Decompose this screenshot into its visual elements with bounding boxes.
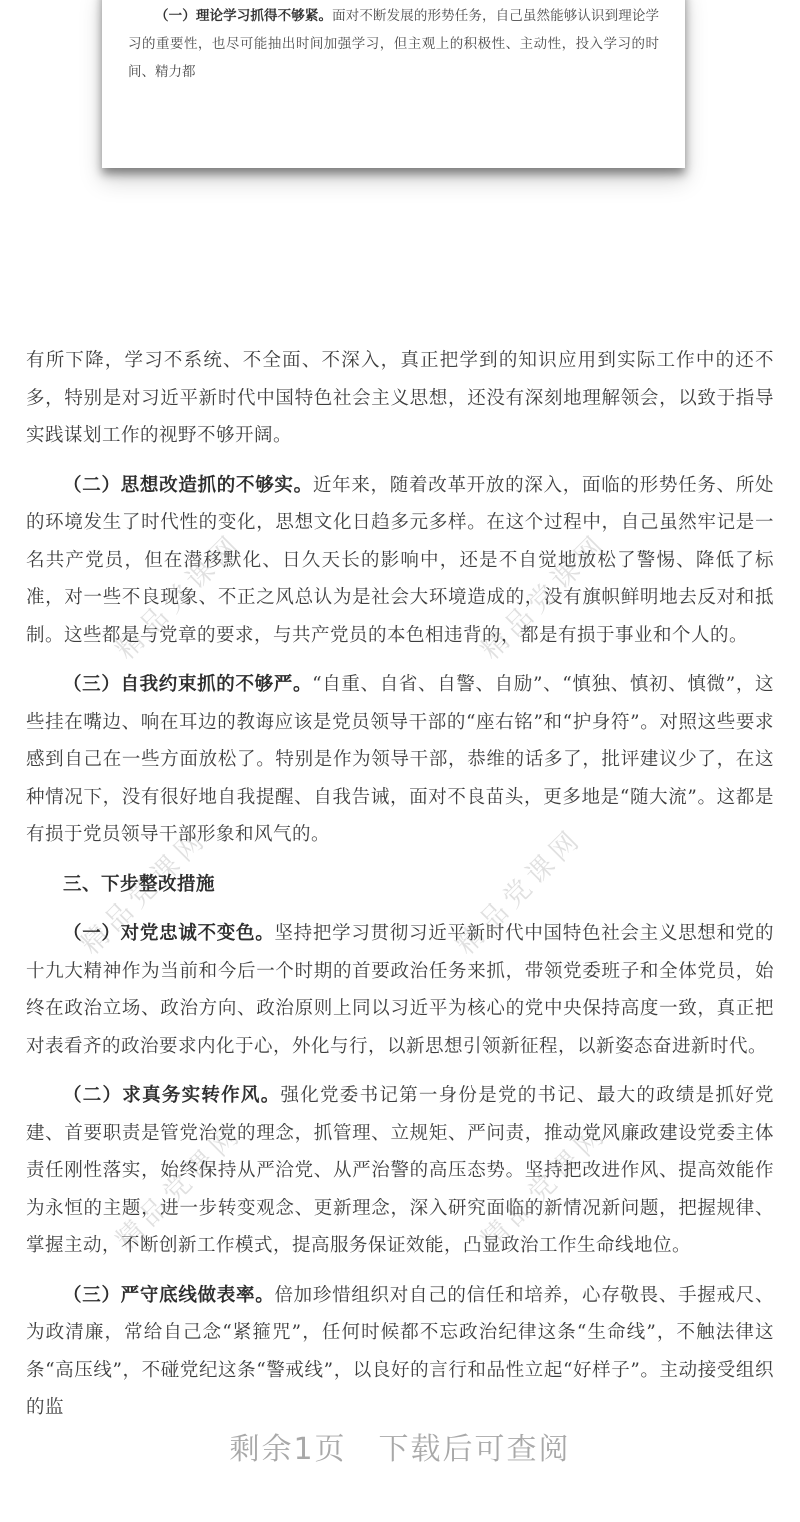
body-paragraph: （三）自我约束抓的不够严。“自重、自省、自警、自励”、“慎独、慎初、慎微”，这些… (26, 666, 774, 854)
body-paragraph: （三）严守底线做表率。倍加珍惜组织对自己的信任和培养，心存敬畏、手握戒尺、为政清… (26, 1277, 774, 1427)
body-paragraph: （二）求真务实转作风。强化党委书记第一身份是党的书记、最大的政绩是抓好党建、首要… (26, 1077, 774, 1265)
remaining-pages-text: 剩余1页 下载后可查阅 (229, 1432, 570, 1467)
paragraph-lead: （三）严守底线做表率。 (63, 1285, 274, 1306)
paragraph-lead: （二）思想改造抓的不够实。 (63, 475, 313, 496)
paragraph-lead: （一）对党忠诚不变色。 (63, 923, 274, 944)
paragraph-text: “自重、自省、自警、自励”、“慎独、慎初、慎微”，这些挂在嘴边、响在耳边的教诲应… (26, 674, 774, 845)
paragraph-lead: （二）求真务实转作风。 (63, 1085, 280, 1106)
paragraph-text: 近年来，随着改革开放的深入，面临的形势任务、所处的环境发生了时代性的变化，思想文… (26, 475, 774, 646)
page-one-card: （一）理论学习抓得不够紧。面对不断发展的形势任务，自己虽然能够认识到理论学习的重… (102, 0, 685, 168)
paragraph-text: 有所下降，学习不系统、不全面、不深入，真正把学到的知识应用到实际工作中的还不多，… (26, 350, 774, 446)
card-paragraph-lead: （一）理论学习抓得不够紧。 (155, 8, 332, 24)
body-paragraph: 有所下降，学习不系统、不全面、不深入，真正把学到的知识应用到实际工作中的还不多，… (26, 342, 774, 455)
paragraph-text: 强化党委书记第一身份是党的书记、最大的政绩是抓好党建、首要职责是管党治党的理念，… (26, 1085, 774, 1256)
page-two-content: 有所下降，学习不系统、不全面、不深入，真正把学到的知识应用到实际工作中的还不多，… (26, 342, 774, 1439)
body-paragraph: （一）对党忠诚不变色。坚持把学习贯彻习近平新时代中国特色社会主义思想和党的十九大… (26, 915, 774, 1065)
remaining-pages-notice: 剩余1页 下载后可查阅 (0, 1424, 800, 1468)
paragraph-lead: （三）自我约束抓的不够严。 (63, 674, 312, 695)
card-paragraph: （一）理论学习抓得不够紧。面对不断发展的形势任务，自己虽然能够认识到理论学习的重… (128, 2, 659, 86)
document-preview-screen: 精品党课网 精品党课网 精品党课网 精品党课网 精品党课网 精品党课网 （一）理… (0, 0, 800, 1522)
section-heading: 三、下步整改措施 (26, 866, 774, 904)
body-paragraph: （二）思想改造抓的不够实。近年来，随着改革开放的深入，面临的形势任务、所处的环境… (26, 467, 774, 655)
